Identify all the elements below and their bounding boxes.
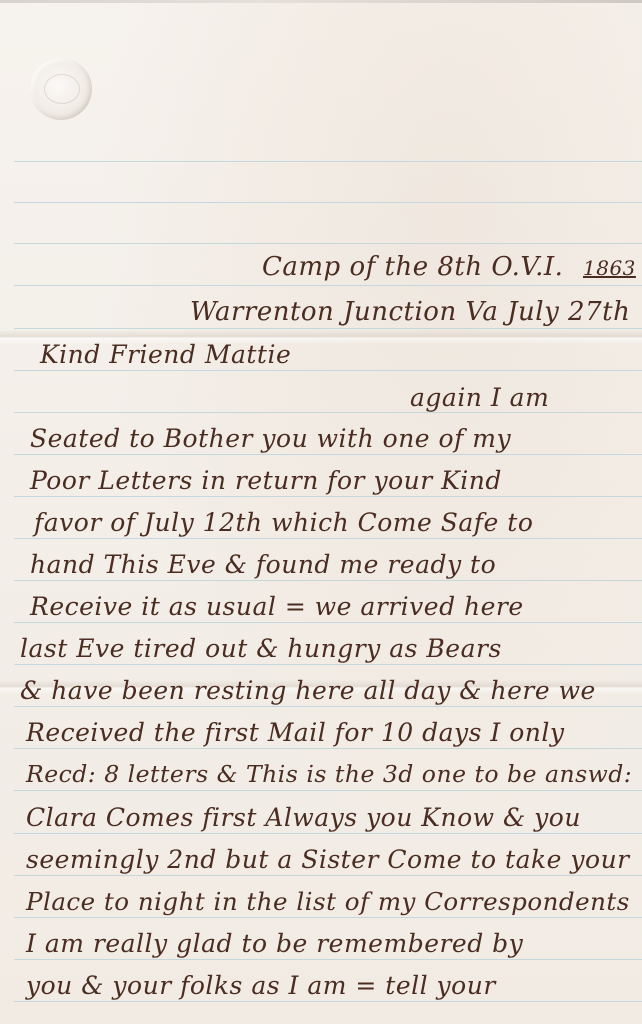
ruled-line	[14, 496, 642, 497]
ruled-line	[14, 538, 642, 539]
body-line: Received the first Mail for 10 days I on…	[26, 718, 565, 747]
ruled-line	[14, 243, 642, 244]
body-line: Clara Comes first Always you Know & you	[26, 803, 581, 832]
body-line: Receive it as usual = we arrived here	[30, 592, 524, 621]
body-line: I am really glad to be remembered by	[26, 929, 523, 958]
ruled-line	[14, 875, 642, 876]
seal-inner-icon	[44, 74, 80, 104]
ruled-line	[14, 580, 642, 581]
ruled-line	[14, 622, 642, 623]
ruled-line	[14, 833, 642, 834]
ruled-line	[14, 790, 642, 791]
body-line: favor of July 12th which Come Safe to	[34, 508, 533, 537]
ruled-line	[14, 454, 642, 455]
body-line: you & your folks as I am = tell your	[26, 971, 496, 1000]
ruled-line	[14, 161, 642, 162]
ruled-line	[14, 706, 642, 707]
ruled-line	[14, 412, 642, 413]
ruled-line	[14, 959, 642, 960]
body-line: seemingly 2nd but a Sister Come to take …	[26, 845, 630, 874]
heading-camp: Camp of the 8th O.V.I.	[262, 252, 563, 282]
ruled-line	[14, 370, 642, 371]
body-line: & have been resting here all day & here …	[20, 676, 596, 705]
embossed-seal-icon	[30, 58, 92, 120]
body-line: Recd: 8 letters & This is the 3d one to …	[26, 760, 632, 788]
page-top-edge	[0, 0, 642, 3]
ruled-line	[14, 328, 642, 329]
body-line: hand This Eve & found me ready to	[30, 550, 496, 579]
body-line: Seated to Bother you with one of my	[30, 424, 511, 453]
ruled-line	[14, 202, 642, 203]
salutation: Kind Friend Mattie	[40, 340, 291, 369]
ruled-line	[14, 917, 642, 918]
body-line: Poor Letters in return for your Kind	[30, 466, 502, 495]
body-line: again I am	[410, 383, 549, 412]
ruled-line	[14, 664, 642, 665]
ruled-line	[14, 1001, 642, 1002]
body-line: last Eve tired out & hungry as Bears	[20, 634, 502, 663]
ruled-line	[14, 748, 642, 749]
heading-place-date: Warrenton Junction Va July 27th	[190, 297, 630, 327]
ruled-line	[14, 285, 642, 286]
body-line: Place to night in the list of my Corresp…	[26, 887, 630, 916]
letter-page: Camp of the 8th O.V.I. 1863 Warrenton Ju…	[0, 0, 642, 1024]
heading-year: 1863	[583, 256, 636, 280]
